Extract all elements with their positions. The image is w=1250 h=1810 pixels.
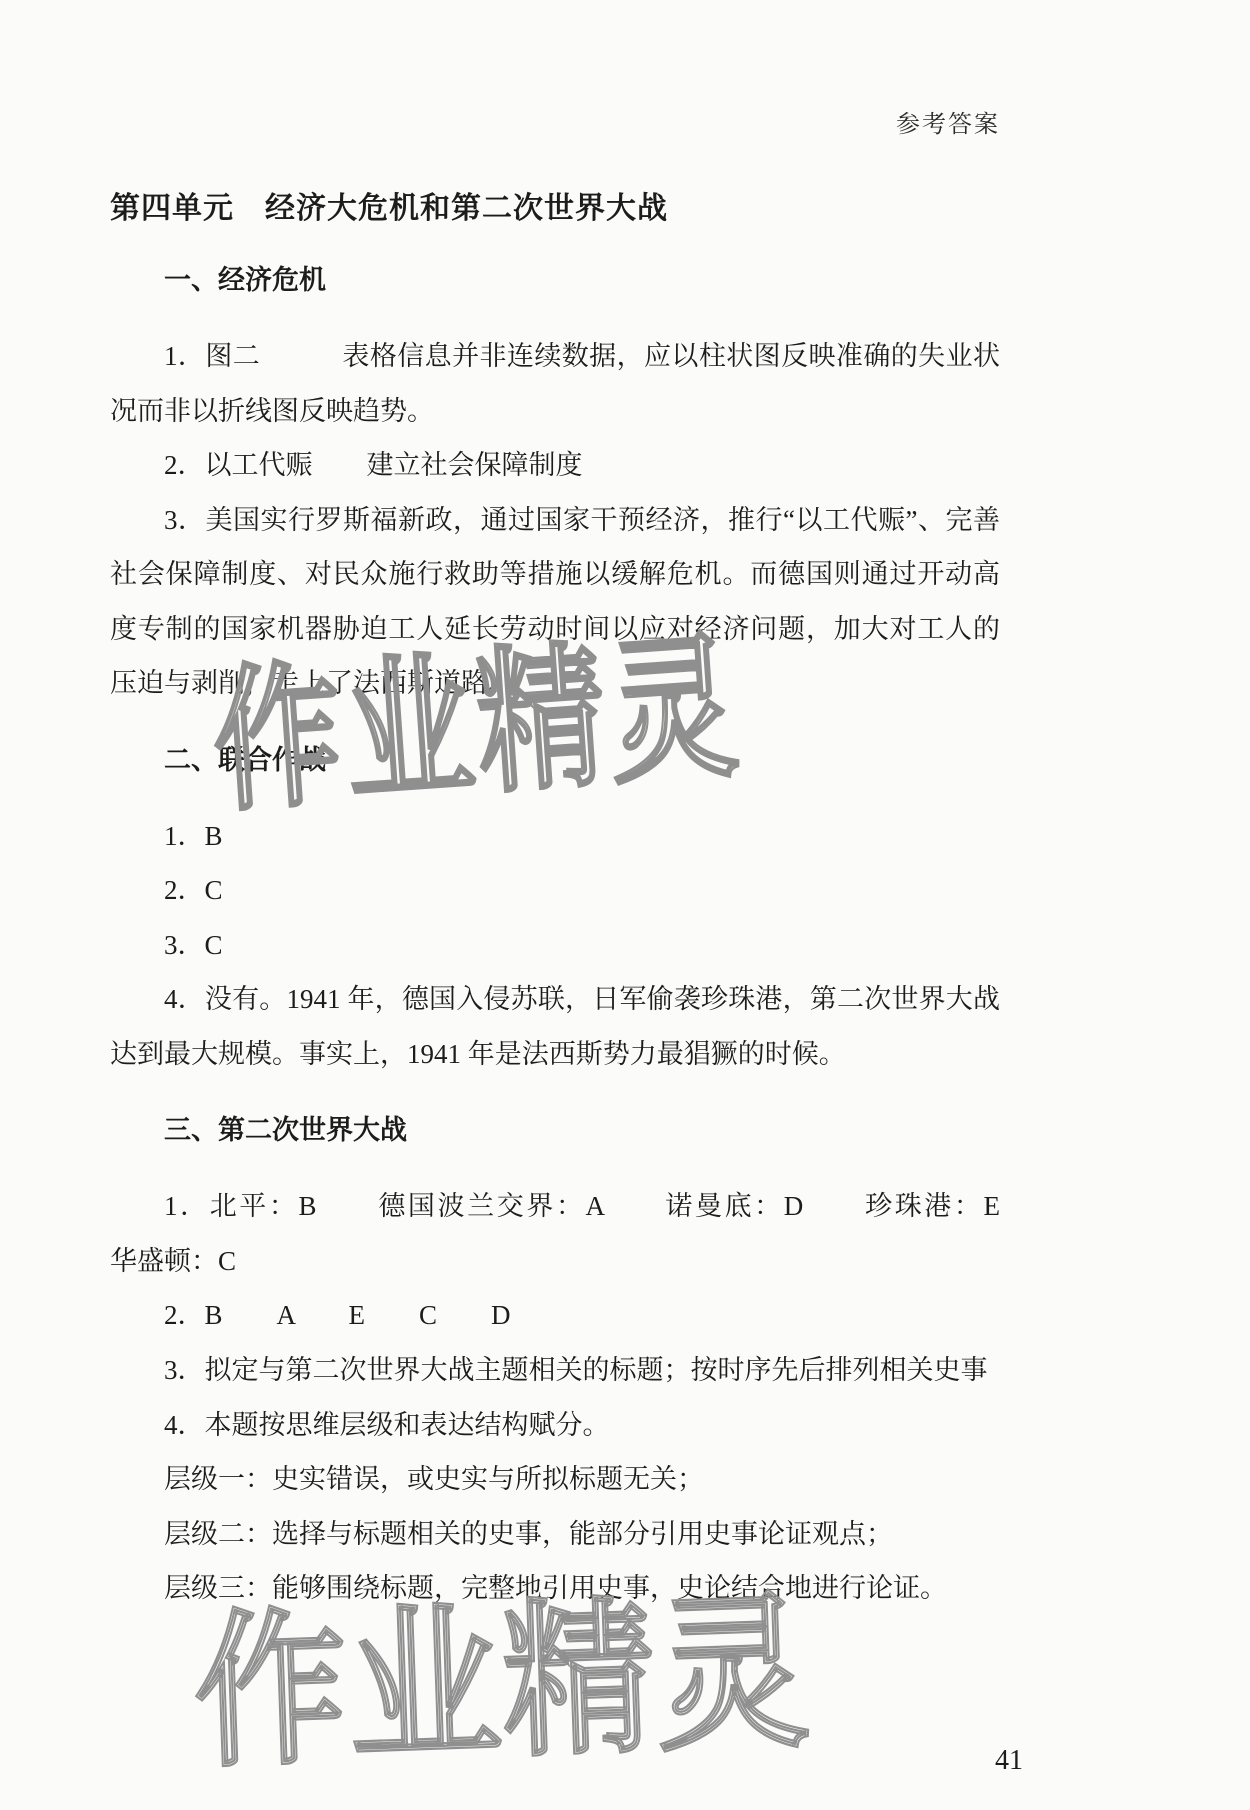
answer-paragraph: 1．北平：B 德国波兰交界：A 诺曼底：D 珍珠港：E 华盛顿：C	[110, 1179, 1000, 1288]
section-heading-joint-operations: 二、联合作战	[110, 733, 1000, 787]
answer-paragraph: 3．C	[110, 918, 1000, 973]
answer-paragraph: 4．本题按思维层级和表达结构赋分。	[110, 1398, 1000, 1453]
answer-paragraph: 3．拟定与第二次世界大战主题相关的标题；按时序先后排列相关史事	[110, 1343, 1000, 1398]
answer-key-page: 参考答案 第四单元 经济大危机和第二次世界大战 一、经济危机 1．图二 表格信息…	[0, 0, 1250, 1810]
section-heading-economic-crisis: 一、经济危机	[110, 253, 1000, 307]
answer-paragraph: 层级三：能够围绕标题，完整地引用史事，史论结合地进行论证。	[110, 1561, 1000, 1616]
page-content: 参考答案 第四单元 经济大危机和第二次世界大战 一、经济危机 1．图二 表格信息…	[110, 104, 1000, 1616]
answer-paragraph: 1．B	[110, 809, 1000, 864]
page-number: 41	[995, 1745, 1023, 1777]
unit-title: 第四单元 经济大危机和第二次世界大战	[110, 183, 1000, 227]
answer-paragraph: 2．以工代赈 建立社会保障制度	[110, 438, 1000, 493]
answer-paragraph: 2．C	[110, 863, 1000, 918]
answer-paragraph: 3．美国实行罗斯福新政，通过国家干预经济，推行“以工代赈”、完善社会保障制度、对…	[110, 493, 1000, 711]
answer-paragraph: 2．B A E C D	[110, 1288, 1000, 1343]
answer-paragraph: 4．没有。1941 年，德国入侵苏联，日军偷袭珍珠港，第二次世界大战达到最大规模…	[110, 972, 1000, 1081]
section-heading-world-war-two: 三、第二次世界大战	[110, 1103, 1000, 1157]
answer-paragraph: 层级二：选择与标题相关的史事，能部分引用史事论证观点；	[110, 1507, 1000, 1562]
answer-paragraph: 1．图二 表格信息并非连续数据，应以柱状图反映准确的失业状况而非以折线图反映趋势…	[110, 329, 1000, 438]
answer-paragraph: 层级一：史实错误，或史实与所拟标题无关；	[110, 1452, 1000, 1507]
header-reference-answers-label: 参考答案	[110, 104, 1000, 139]
